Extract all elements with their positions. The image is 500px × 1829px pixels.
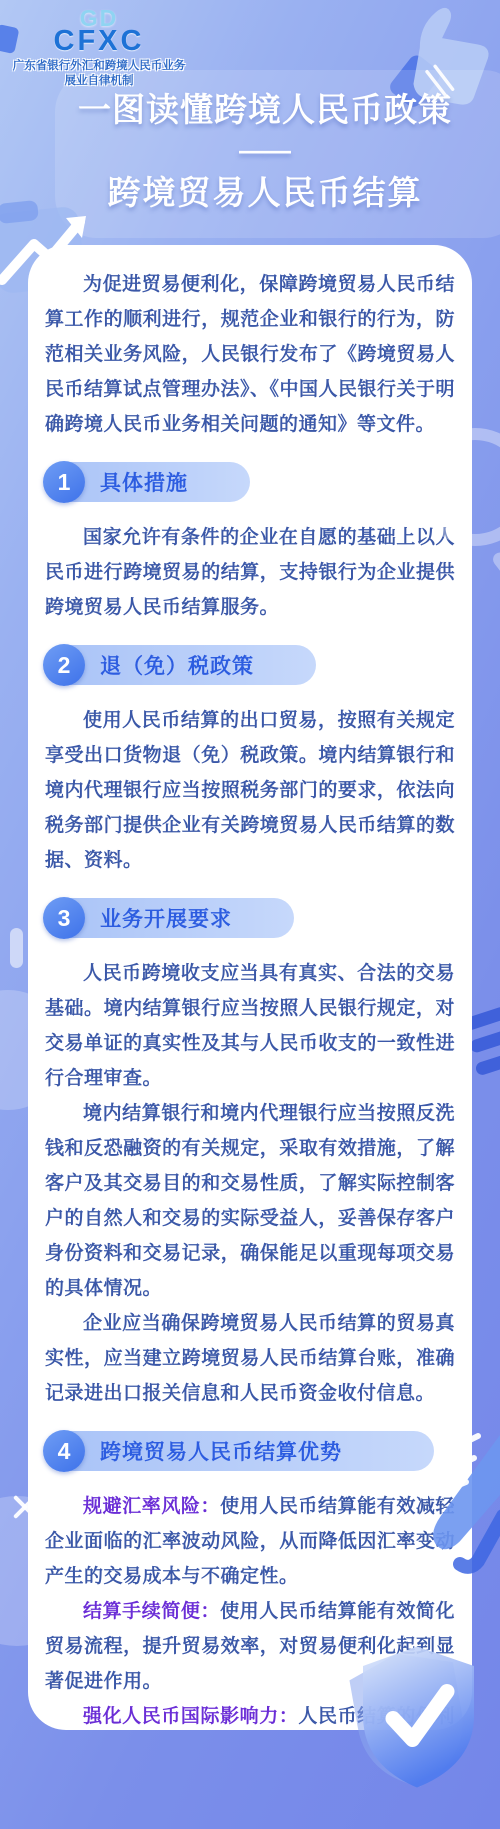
main-title-line2: 跨境贸易人民币结算 (0, 167, 500, 214)
section-title: 跨境贸易人民币结算优势 (100, 1436, 342, 1466)
advantage-paragraph: 结算手续简便：使用人民币结算能有效简化贸易流程，提升贸易效率，对贸易便利化起到显… (45, 1594, 455, 1699)
section-title: 具体措施 (100, 467, 188, 497)
org-logo: GD CFXC 广东省银行外汇和跨境人民币业务 展业自律机制 (4, 8, 194, 89)
section-title: 业务开展要求 (100, 903, 232, 933)
section-paragraph: 境内结算银行和境内代理银行应当按照反洗钱和反恐融资的有关规定，采取有效措施，了解… (45, 1096, 455, 1306)
intro-paragraph: 为促进贸易便利化，保障跨境贸易人民币结算工作的顺利进行，规范企业和银行的行为，防… (45, 267, 455, 442)
section-4-header: 4 跨境贸易人民币结算优势 (45, 1431, 434, 1471)
section-paragraph: 使用人民币结算的出口贸易，按照有关规定享受出口货物退（免）税政策。境内结算银行和… (45, 703, 455, 878)
section-paragraph: 企业应当确保跨境贸易人民币结算的贸易真实性，应当建立跨境贸易人民币结算台账，准确… (45, 1306, 455, 1411)
magnifier-handle-icon (490, 550, 500, 603)
advantage-paragraph: 规避汇率风险：使用人民币结算能有效减轻企业面临的汇率波动风险，从而降低因汇率变动… (45, 1489, 455, 1594)
content-card: 为促进贸易便利化，保障跨境贸易人民币结算工作的顺利进行，规范企业和银行的行为，防… (28, 245, 472, 1730)
section-title: 退（免）税政策 (100, 650, 254, 680)
advantage-lead: 结算手续简便： (83, 1601, 220, 1622)
logo-cfxc-text: CFXC (4, 28, 194, 54)
section-number-badge: 3 (43, 897, 85, 939)
section-number-badge: 4 (43, 1430, 85, 1472)
advantage-paragraph: 强化人民币国际影响力：人民币结算的便利性成为促进我国对外贸易往来的重要推动力 (45, 1699, 455, 1730)
infographic-page: GD CFXC 广东省银行外汇和跨境人民币业务 展业自律机制 一图读懂跨境人民币… (0, 0, 500, 1829)
section-2-header: 2 退（免）税政策 (45, 645, 316, 685)
section-number-badge: 1 (43, 461, 85, 503)
pill-decoration (10, 928, 23, 968)
org-name-line1: 广东省银行外汇和跨境人民币业务 (4, 59, 194, 74)
section-number-badge: 2 (43, 644, 85, 686)
main-title-line1: 一图读懂跨境人民币政策 (0, 84, 500, 131)
advantage-lead: 强化人民币国际影响力： (83, 1706, 298, 1727)
section-1-header: 1 具体措施 (45, 462, 250, 502)
section-paragraph: 人民币跨境收支应当具有真实、合法的交易基础。境内结算银行应当按照人民银行规定，对… (45, 956, 455, 1096)
title-dash: —— (0, 135, 500, 165)
advantage-lead: 规避汇率风险： (83, 1496, 220, 1517)
main-title: 一图读懂跨境人民币政策 —— 跨境贸易人民币结算 (0, 84, 500, 214)
section-3-header: 3 业务开展要求 (45, 898, 294, 938)
section-paragraph: 国家允许有条件的企业在自愿的基础上以人民币进行跨境贸易的结算，支持银行为企业提供… (45, 520, 455, 625)
